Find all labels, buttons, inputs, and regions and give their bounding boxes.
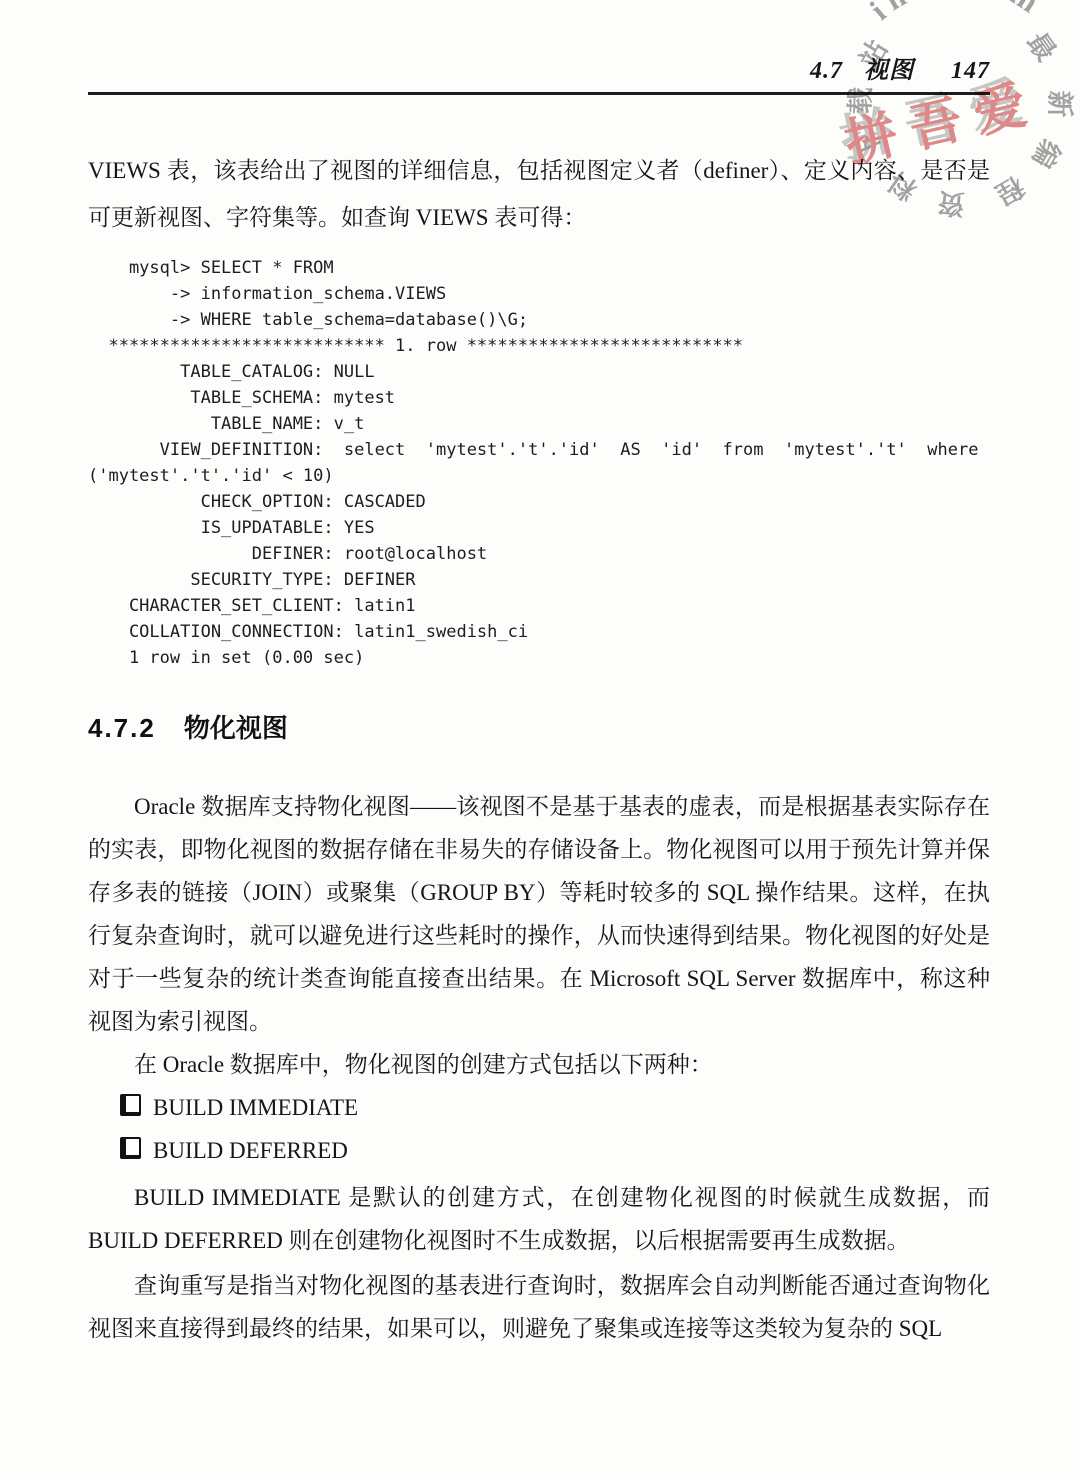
bullet-item: BUILD DEFERRED <box>120 1129 990 1172</box>
book-page: 4.7 视图 147 VIEWS 表，该表给出了视图的详细信息，包括视图定义者（… <box>0 0 1080 1478</box>
code-line: TABLE_NAME: v_t <box>88 411 990 437</box>
code-line: TABLE_CATALOG: NULL <box>88 359 990 385</box>
bullet-item: BUILD IMMEDIATE <box>120 1086 990 1129</box>
body-paragraph: VIEWS 表，该表给出了视图的详细信息，包括视图定义者（definer）、定义… <box>88 147 990 241</box>
section-heading: 4.7.2物化视图 <box>88 709 990 747</box>
code-line: CHARACTER_SET_CLIENT: latin1 <box>88 593 990 619</box>
code-line: *************************** 1. row *****… <box>88 333 990 359</box>
code-line: CHECK_OPTION: CASCADED <box>88 489 990 515</box>
code-line: ('mytest'.'t'.'id' < 10) <box>88 463 990 489</box>
code-line: 1 row in set (0.00 sec) <box>88 645 990 671</box>
section-heading-number: 4.7.2 <box>88 713 156 743</box>
bullet-label: BUILD DEFERRED <box>153 1138 348 1163</box>
header-section-number: 4.7 <box>810 58 843 84</box>
code-line: DEFINER: root@localhost <box>88 541 990 567</box>
code-line: -> information_schema.VIEWS <box>88 281 990 307</box>
bullet-list: BUILD IMMEDIATE BUILD DEFERRED <box>88 1086 990 1172</box>
body-paragraph: Oracle 数据库支持物化视图——该视图不是基于基表的虚表，而是根据基表实际存… <box>88 785 990 1043</box>
bullet-label: BUILD IMMEDIATE <box>153 1095 358 1120</box>
code-line: SECURITY_TYPE: DEFINER <box>88 567 990 593</box>
body-paragraph: 查询重写是指当对物化视图的基表进行查询时，数据库会自动判断能否通过查询物化视图来… <box>88 1264 990 1350</box>
header-page-number: 147 <box>951 58 990 84</box>
code-line: COLLATION_CONNECTION: latin1_swedish_ci <box>88 619 990 645</box>
section-heading-title: 物化视图 <box>184 713 288 743</box>
code-line: IS_UPDATABLE: YES <box>88 515 990 541</box>
header-section-title: 视图 <box>864 58 914 84</box>
code-line: TABLE_SCHEMA: mytest <box>88 385 990 411</box>
code-line: mysql> SELECT * FROM <box>88 255 990 281</box>
code-line: VIEW_DEFINITION: select 'mytest'.'t'.'id… <box>88 437 990 463</box>
body-paragraph: BUILD IMMEDIATE 是默认的创建方式，在创建物化视图的时候就生成数据… <box>88 1176 990 1262</box>
code-line: -> WHERE table_schema=database()\G; <box>88 307 990 333</box>
body-paragraph: 在 Oracle 数据库中，物化视图的创建方式包括以下两种： <box>88 1043 990 1086</box>
page-header: 4.7 视图 147 <box>88 56 990 95</box>
square-bullet-icon <box>120 1137 141 1159</box>
square-bullet-icon <box>120 1094 141 1116</box>
code-block: mysql> SELECT * FROM -> information_sche… <box>88 255 990 671</box>
